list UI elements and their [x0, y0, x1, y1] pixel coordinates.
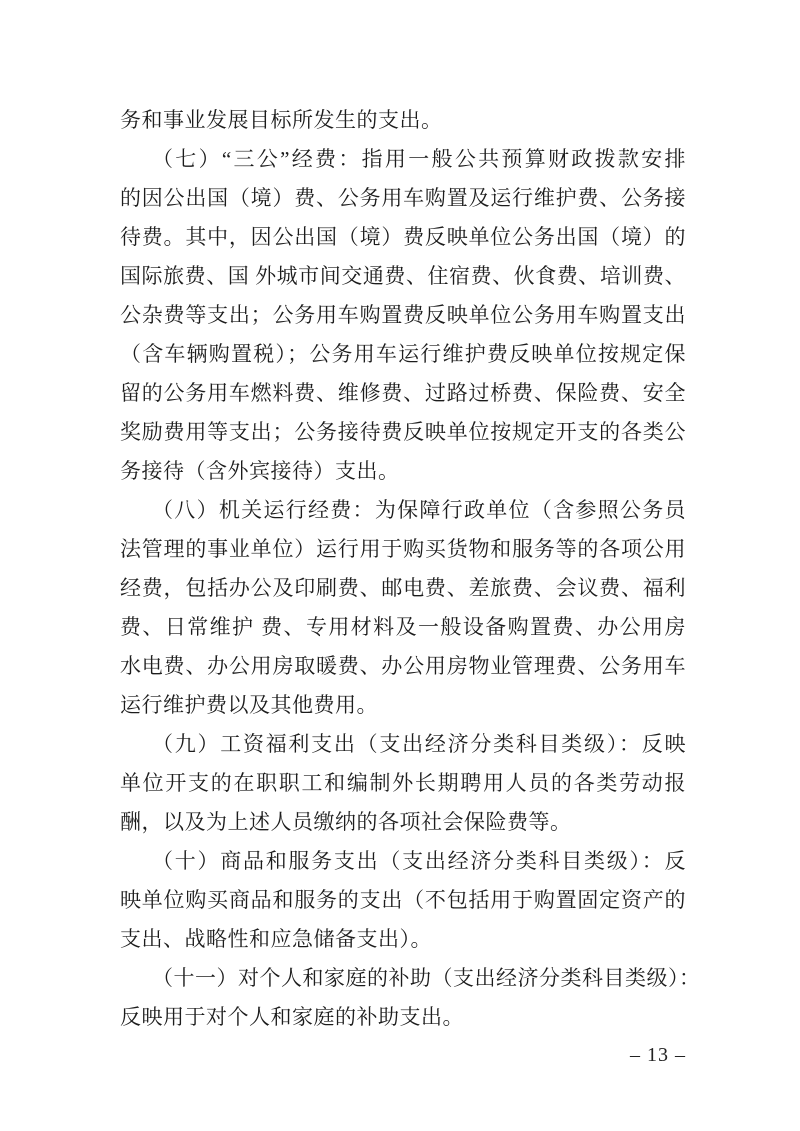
text-line: （七）“三公”经费：指用一般公共预算财政拨款安排	[120, 140, 686, 179]
text-line: 映单位购买商品和服务的支出（不包括用于购置固定资产的	[120, 881, 686, 920]
text-line: （含车辆购置税）；公务用车运行维护费反映单位按规定保	[120, 335, 686, 374]
page-number: – 13 –	[120, 1044, 686, 1067]
text-line: 国际旅费、国 外城市间交通费、住宿费、伙食费、培训费、	[120, 257, 686, 296]
text-line: 水电费、办公用房取暖费、办公用房物业管理费、公务用车	[120, 647, 686, 686]
text-line: 法管理的事业单位）运行用于购买货物和服务等的各项公用	[120, 530, 686, 569]
text-line: 费、日常维护 费、专用材料及一般设备购置费、办公用房	[120, 608, 686, 647]
text-line: 单位开支的在职职工和编制外长期聘用人员的各类劳动报	[120, 764, 686, 803]
text-line: 的因公出国（境）费、公务用车购置及运行维护费、公务接	[120, 179, 686, 218]
text-line: 酬，以及为上述人员缴纳的各项社会保险费等。	[120, 803, 686, 842]
text-line: 反映用于对个人和家庭的补助支出。	[120, 998, 686, 1037]
text-line: 运行维护费以及其他费用。	[120, 686, 686, 725]
text-line: （九）工资福利支出（支出经济分类科目类级）：反映	[120, 725, 686, 764]
text-line: 务接待（含外宾接待）支出。	[120, 452, 686, 491]
text-line: 务和事业发展目标所发生的支出。	[120, 101, 686, 140]
text-line: 奖励费用等支出；公务接待费反映单位按规定开支的各类公	[120, 413, 686, 452]
text-line: （八）机关运行经费：为保障行政单位（含参照公务员	[120, 491, 686, 530]
text-block: 务和事业发展目标所发生的支出。（七）“三公”经费：指用一般公共预算财政拨款安排的…	[120, 101, 686, 1037]
text-line: 待费。其中，因公出国（境）费反映单位公务出国（境）的	[120, 218, 686, 257]
document-page: 务和事业发展目标所发生的支出。（七）“三公”经费：指用一般公共预算财政拨款安排的…	[0, 0, 800, 1131]
text-line: （十一）对个人和家庭的补助（支出经济分类科目类级）：	[120, 959, 686, 998]
text-line: （十）商品和服务支出（支出经济分类科目类级）：反	[120, 842, 686, 881]
text-line: 支出、战略性和应急储备支出）。	[120, 920, 686, 959]
text-line: 公杂费等支出；公务用车购置费反映单位公务用车购置支出	[120, 296, 686, 335]
text-line: 留的公务用车燃料费、维修费、过路过桥费、保险费、安全	[120, 374, 686, 413]
text-line: 经费，包括办公及印刷费、邮电费、差旅费、会议费、福利	[120, 569, 686, 608]
